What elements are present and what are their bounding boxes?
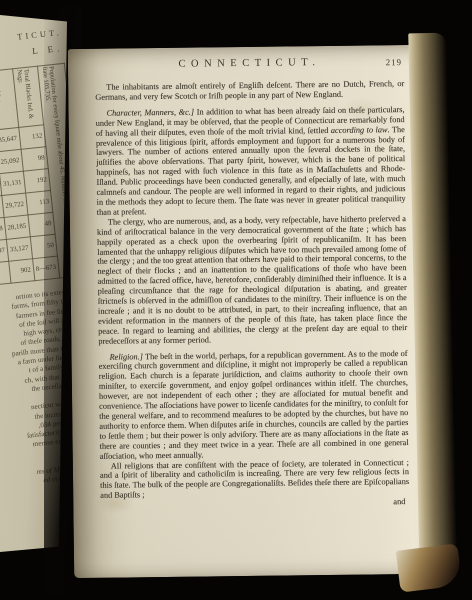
body-paragraphs: The inhabitants are almoſt entirely of E… xyxy=(95,79,409,501)
paragraph: Religion.] The beſt in the world, perhap… xyxy=(98,349,408,462)
book-photo: TICUT. L E. Males between 16 & 40Total w… xyxy=(0,0,472,600)
main-page: CONNECTICUT. 219 The inhabitants are alm… xyxy=(68,45,423,578)
paragraph: The inhabitants are almoſt entirely of E… xyxy=(95,79,404,103)
book-corner xyxy=(396,543,463,592)
paragraph: The clergy, who are numerous, and, as a … xyxy=(97,214,408,347)
running-header-row: CONNECTICUT. 219 xyxy=(95,56,404,76)
paragraph: All religions that are conſiſtent with t… xyxy=(100,458,409,501)
paragraph: Character, Manners, &c.] In addition to … xyxy=(96,105,406,218)
page-title: CONNECTICUT. xyxy=(95,56,404,71)
page-number: 219 xyxy=(386,57,402,67)
